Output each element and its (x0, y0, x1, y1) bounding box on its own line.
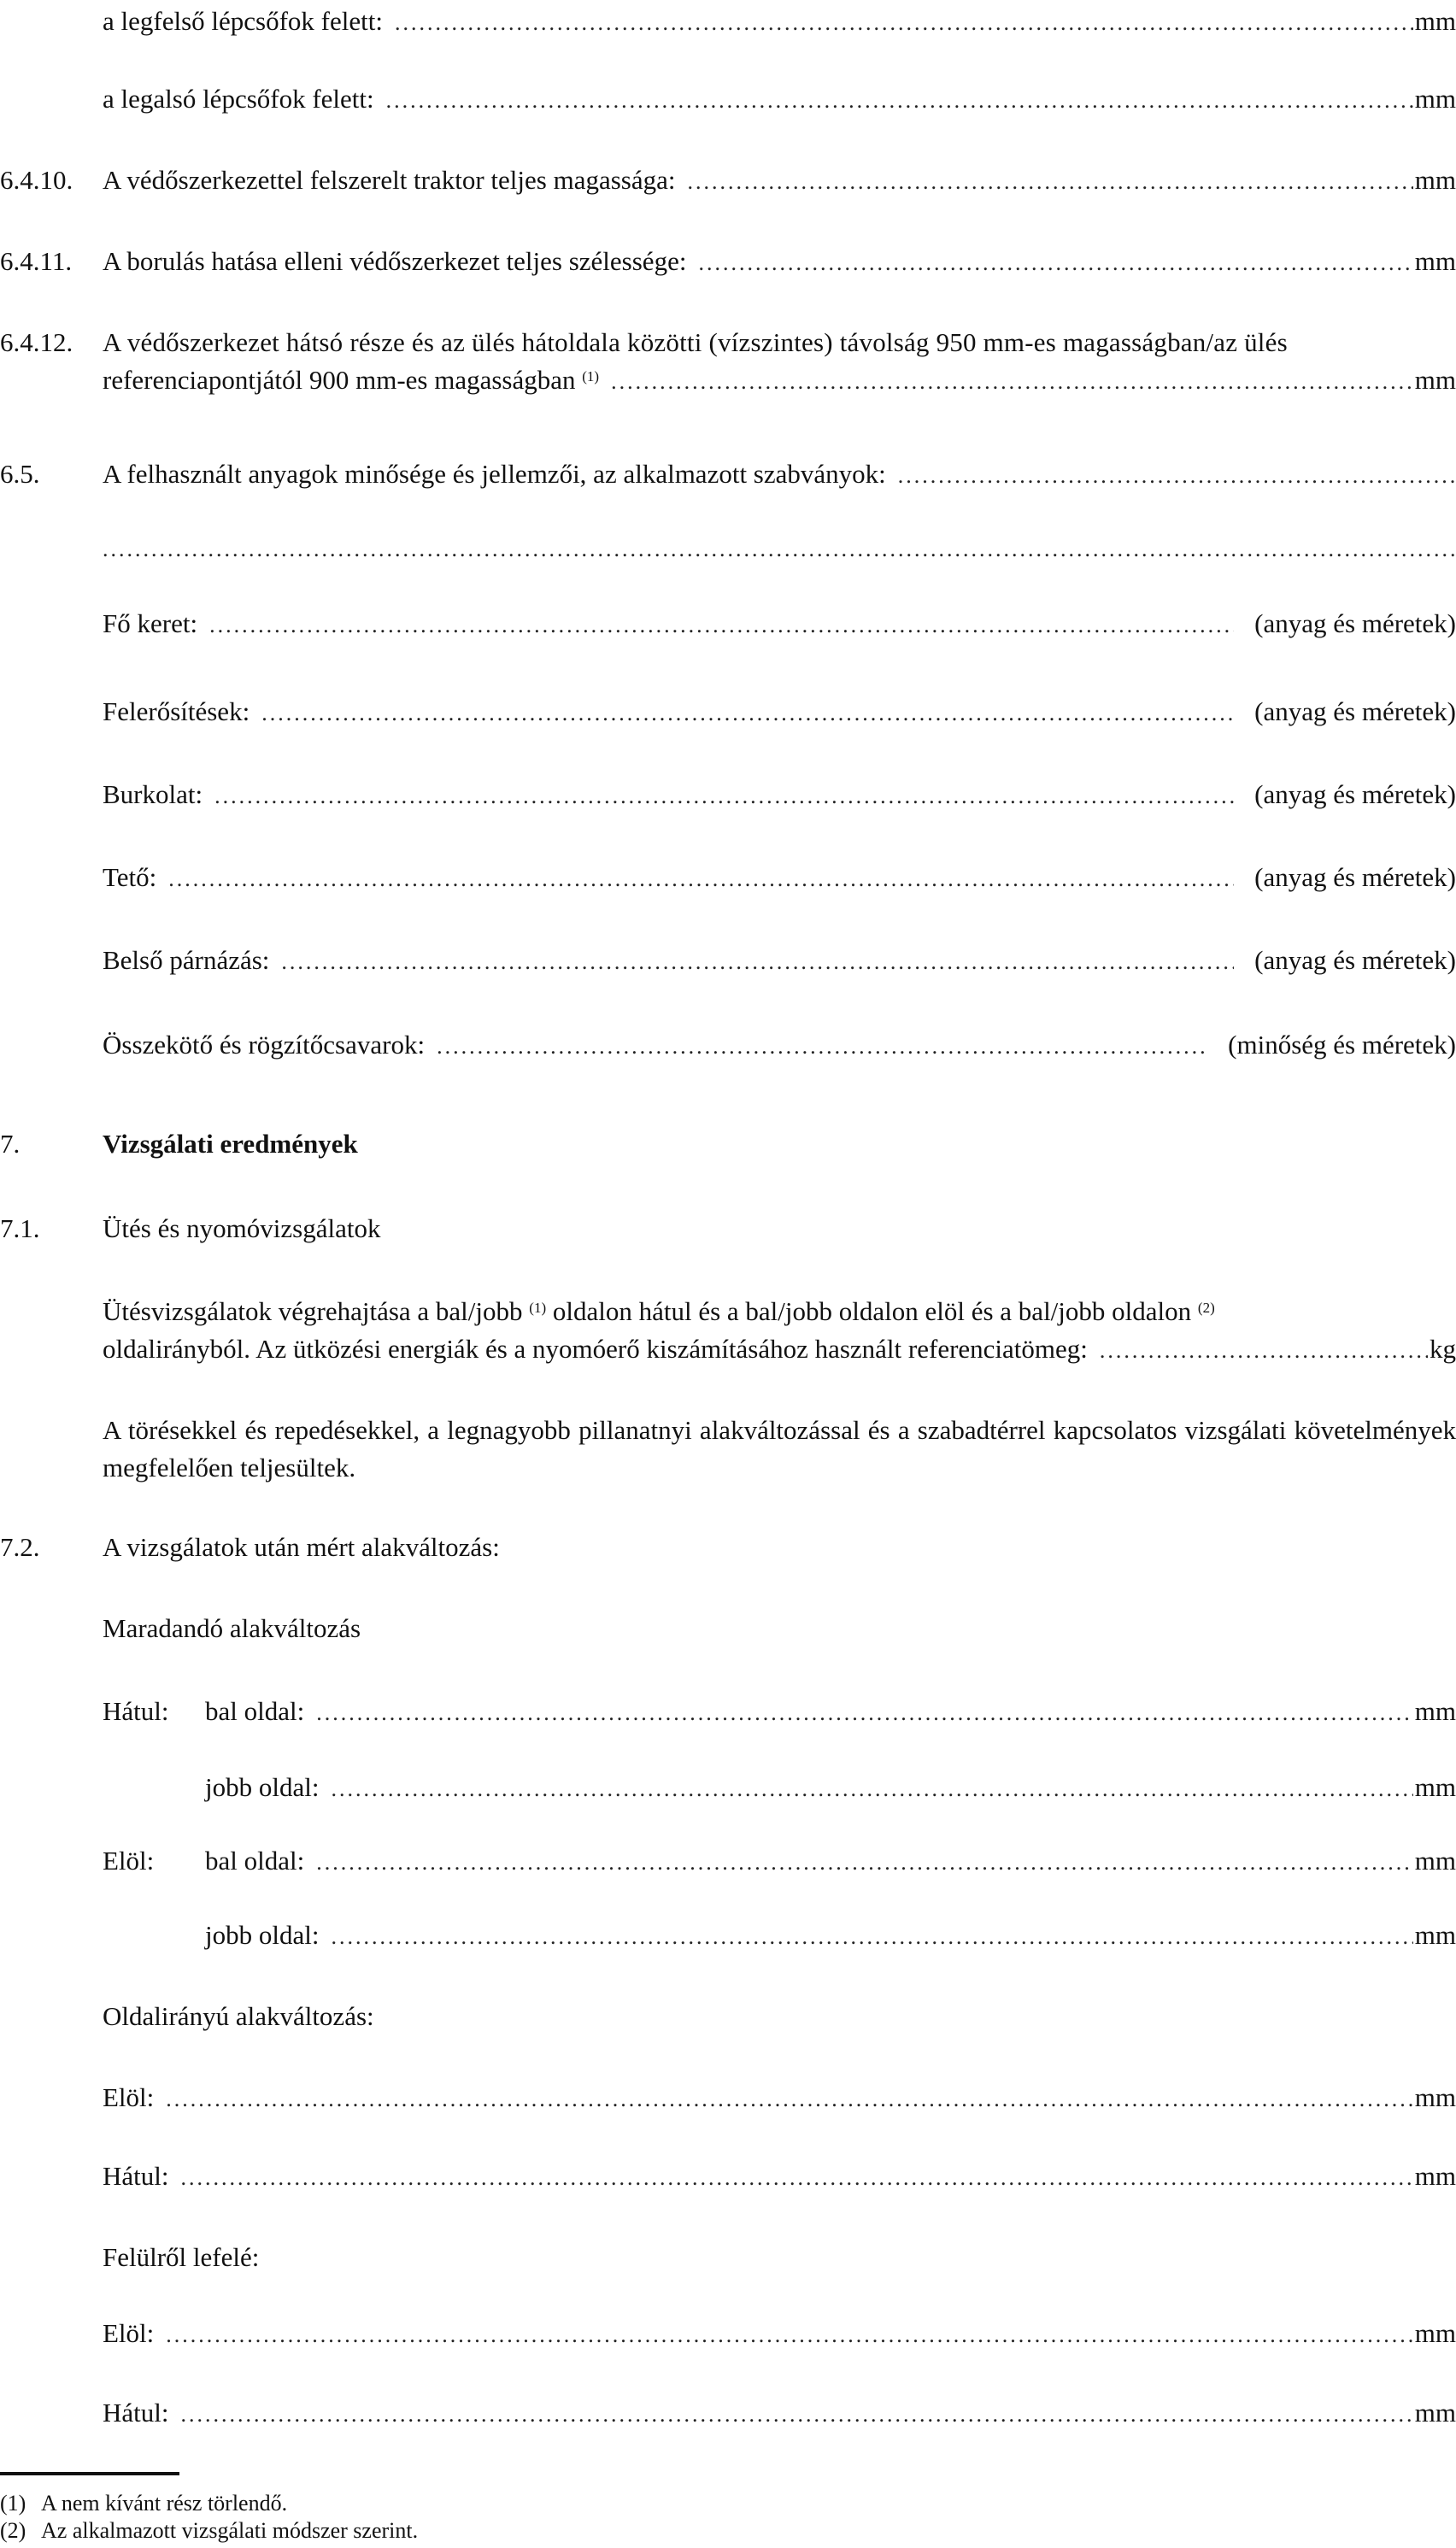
fill-in-field[interactable] (386, 84, 1413, 118)
footnote-mark: (1) (0, 2490, 41, 2517)
para-text: Ütésvizsgálatok végrehajtása a bal/jobb … (103, 1293, 1215, 1330)
impact-test-paragraph: Ütésvizsgálatok végrehajtása a bal/jobb … (103, 1293, 1456, 1370)
fill-in-field[interactable] (698, 246, 1412, 280)
item-number: 6.4.10. (0, 163, 73, 197)
field-note: (anyag és méretek) (1234, 943, 1456, 978)
field-label: Felerősítések: (103, 695, 261, 729)
footnote-ref[interactable]: (2) (1198, 1300, 1215, 1316)
subsection-title: Maradandó alakváltozás (103, 1612, 361, 1646)
field-label: bal oldal: (205, 1844, 316, 1878)
fill-in-field[interactable] (261, 696, 1234, 731)
field-note: (anyag és méretek) (1234, 778, 1456, 812)
fill-in-field[interactable] (166, 2318, 1412, 2352)
deformation-row: jobb oldal: mm (0, 1918, 1456, 1952)
item-6-5: 6.5. A felhasznált anyagok minősége és j… (0, 457, 1456, 491)
field-label: jobb oldal: (205, 1770, 331, 1805)
section-title: Vizsgálati eredmények (103, 1127, 358, 1161)
group-label: Elöl: (103, 1844, 205, 1878)
section-7-2-heading: 7.2. A vizsgálatok után mért alakváltozá… (0, 1530, 1456, 1565)
section-number: 7.2. (0, 1530, 40, 1565)
unit-label: mm (1413, 2316, 1456, 2351)
section-number: 7. (0, 1127, 20, 1161)
item-6-5-continuation (0, 532, 1456, 567)
footnote-1: (1) A nem kívánt rész törlendő. (0, 2490, 287, 2517)
material-row: Tető: (anyag és méretek) (0, 860, 1456, 895)
item-6-4-10: 6.4.10. A védőszerkezettel felszerelt tr… (0, 163, 1456, 197)
unit-label: mm (1413, 4, 1456, 38)
item-number: 6.4.12. (0, 326, 73, 360)
deformation-row: Hátul: bal oldal: mm (0, 1694, 1456, 1729)
unit-label: mm (1413, 1694, 1456, 1729)
field-label: Elöl: (103, 2316, 166, 2351)
field-label: Belső párnázás: (103, 943, 281, 978)
unit-label: mm (1413, 2396, 1456, 2430)
fill-in-field[interactable] (316, 1696, 1413, 1730)
fill-in-field[interactable] (281, 945, 1234, 979)
item-number: 6.5. (0, 457, 40, 491)
subsection-title: Felülről lefelé: (103, 2240, 259, 2275)
unit-label: mm (1413, 1770, 1456, 1805)
field-label: A borulás hatása elleni védőszerkezet te… (103, 244, 698, 279)
fill-in-field[interactable] (181, 2398, 1413, 2432)
vertical-deformation-title: Felülről lefelé: (0, 2240, 1456, 2275)
fill-in-field[interactable] (103, 532, 1456, 567)
deformation-row: Elöl: bal oldal: mm (0, 1844, 1456, 1878)
section-title: A vizsgálatok után mért alakváltozás: (103, 1530, 500, 1565)
fill-in-field[interactable] (166, 2082, 1412, 2116)
fill-in-field[interactable] (688, 165, 1413, 199)
item-6-4-11: 6.4.11. A borulás hatása elleni védőszer… (0, 244, 1456, 279)
unit-label: mm (1413, 363, 1456, 397)
deformation-row: jobb oldal: mm (0, 1770, 1456, 1805)
unit-label: mm (1413, 2081, 1456, 2115)
field-label: Hátul: (103, 2396, 181, 2430)
footnote-separator (0, 2472, 179, 2475)
section-7-heading: 7. Vizsgálati eredmények (0, 1127, 1456, 1161)
material-row: Belső párnázás: (anyag és méretek) (0, 943, 1456, 978)
field-note: (anyag és méretek) (1234, 860, 1456, 895)
field-label: a legfelső lépcsőfok felett: (103, 4, 395, 38)
fill-in-field[interactable] (168, 862, 1234, 896)
material-row: Fő keret: (anyag és méretek) (0, 607, 1456, 641)
field-label: bal oldal: (205, 1694, 316, 1729)
deformation-row: Hátul: mm (0, 2159, 1456, 2193)
unit-label: mm (1413, 82, 1456, 116)
para-text: oldalirányból. Az ütközési energiák és a… (103, 1330, 1100, 1368)
para-text-part: oldalon hátul és a bal/jobb oldalon elöl… (553, 1296, 1191, 1326)
field-note: (anyag és méretek) (1234, 607, 1456, 641)
footnote-text: Az alkalmazott vizsgálati módszer szerin… (41, 2517, 418, 2545)
item-6-4-12-line1: 6.4.12. A védőszerkezet hátsó része és a… (0, 326, 1456, 360)
field-label: A védőszerkezettel felszerelt traktor te… (103, 163, 688, 197)
reference-mass-field[interactable] (1100, 1332, 1428, 1370)
footnote-2: (2) Az alkalmazott vizsgálati módszer sz… (0, 2517, 418, 2545)
deformation-row: Hátul: mm (0, 2396, 1456, 2430)
item-number: 6.4.11. (0, 244, 72, 279)
footnote-ref[interactable]: (1) (582, 368, 599, 385)
deformation-row: Elöl: mm (0, 2081, 1456, 2115)
item-6-4-12-line2: referenciapontjától 900 mm-es magasságba… (0, 363, 1456, 397)
fill-in-field[interactable] (437, 1030, 1207, 1064)
permanent-deformation-title: Maradandó alakváltozás (0, 1612, 1456, 1646)
fill-in-field[interactable] (331, 1920, 1412, 1954)
field-label: Tető: (103, 860, 168, 895)
field-row-top-step: a legfelső lépcsőfok felett: mm (0, 4, 1456, 38)
material-row: Burkolat: (anyag és méretek) (0, 778, 1456, 812)
fill-in-field[interactable] (214, 779, 1234, 813)
material-row: Összekötő és rögzítőcsavarok: (minőség é… (0, 1028, 1456, 1062)
para-text-part: Ütésvizsgálatok végrehajtása a bal/jobb (103, 1296, 523, 1326)
fill-in-field[interactable] (611, 365, 1413, 399)
field-label: Fő keret: (103, 607, 209, 641)
section-title: Ütés és nyomóvizsgálatok (103, 1212, 380, 1246)
field-label: jobb oldal: (205, 1918, 331, 1952)
field-label: referenciapontjától 900 mm-es magasságba… (103, 363, 611, 397)
field-label: Összekötő és rögzítőcsavarok: (103, 1028, 437, 1062)
deformation-row: Elöl: mm (0, 2316, 1456, 2351)
fill-in-field[interactable] (331, 1772, 1412, 1806)
item-text: A védőszerkezet hátsó része és az ülés h… (103, 326, 1288, 360)
footnote-ref[interactable]: (1) (529, 1300, 546, 1316)
unit-label: mm (1413, 1918, 1456, 1952)
unit-label: mm (1413, 2159, 1456, 2193)
field-note: (anyag és méretek) (1234, 695, 1456, 729)
fill-in-field[interactable] (209, 608, 1234, 643)
unit-label: mm (1413, 163, 1456, 197)
field-row-bottom-step: a legalsó lépcsőfok felett: mm (0, 82, 1456, 116)
footnote-text: A nem kívánt rész törlendő. (41, 2490, 287, 2517)
subsection-title: Oldalirányú alakváltozás: (103, 1999, 374, 2034)
unit-label: mm (1413, 1844, 1456, 1878)
field-label: a legalsó lépcsőfok felett: (103, 82, 386, 116)
requirements-paragraph: A törésekkel és repedésekkel, a legnagyo… (103, 1412, 1456, 1487)
item-text: referenciapontjától 900 mm-es magasságba… (103, 365, 576, 395)
field-note: (minőség és méretek) (1207, 1028, 1456, 1062)
unit-label: mm (1413, 244, 1456, 279)
section-7-1-heading: 7.1. Ütés és nyomóvizsgálatok (0, 1212, 1456, 1246)
footnote-mark: (2) (0, 2517, 41, 2545)
unit-label: kg (1428, 1330, 1456, 1368)
field-label: A felhasznált anyagok minősége és jellem… (103, 457, 898, 491)
fill-in-field[interactable] (395, 6, 1413, 40)
material-row: Felerősítések: (anyag és méretek) (0, 695, 1456, 729)
fill-in-field[interactable] (898, 459, 1456, 493)
section-number: 7.1. (0, 1212, 40, 1246)
field-label: Elöl: (103, 2081, 166, 2115)
lateral-deformation-title: Oldalirányú alakváltozás: (0, 1999, 1456, 2034)
fill-in-field[interactable] (316, 1846, 1413, 1880)
fill-in-field[interactable] (181, 2161, 1413, 2195)
field-label: Hátul: (103, 2159, 181, 2193)
group-label: Hátul: (103, 1694, 205, 1729)
field-label: Burkolat: (103, 778, 214, 812)
